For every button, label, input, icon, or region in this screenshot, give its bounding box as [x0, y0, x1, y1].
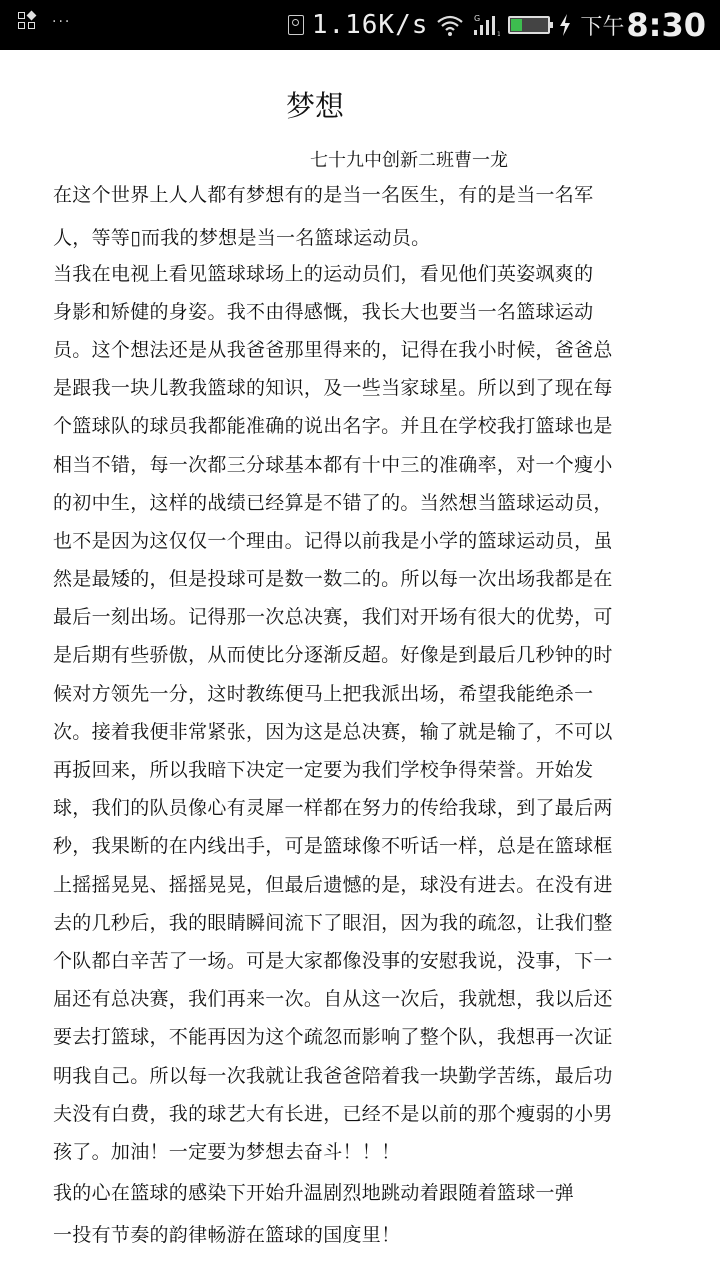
text-line: 个队都白辛苦了一场。可是大家都像没事的安慰我说，没事，下一 — [53, 946, 613, 973]
charging-icon — [558, 14, 572, 36]
text-line: 是跟我一块儿教我篮球的知识，及一些当家球星。所以到了现在每 — [53, 373, 613, 400]
status-left: ··· — [18, 12, 71, 32]
status-bar: ··· 1.16K/s G 1 下午 8:30 — [0, 0, 720, 50]
text-line: 上摇摇晃晃、摇摇晃晃，但最后遗憾的是，球没有进去。在没有进 — [53, 870, 613, 897]
text-line: 身影和矫健的身姿。我不由得感慨，我长大也要当一名篮球运动 — [53, 297, 593, 324]
text-line: 的初中生，这样的战绩已经算是不错了的。当然想当篮球运动员， — [53, 488, 613, 515]
text-line: 要去打篮球，不能再因为这个疏忽而影响了整个队，我想再一次证 — [53, 1022, 613, 1049]
clock: 8:30 — [626, 6, 706, 44]
cell-signal-icon: G 1 — [472, 13, 500, 37]
text-line: 最后一刻出场。记得那一次总决赛，我们对开场有很大的优势，可 — [53, 602, 613, 629]
text-line: 孩了。加油！一定要为梦想去奋斗！！！ — [53, 1137, 400, 1164]
text-line: 秒，我果断的在内线出手，可是篮球像不听话一样，总是在篮球框 — [53, 831, 613, 858]
text-line: 员。这个想法还是从我爸爸那里得来的，记得在我小时候，爸爸总 — [53, 335, 613, 362]
text-line: 明我自己。所以每一次我就让我爸爸陪着我一块勤学苦练，最后功 — [53, 1061, 613, 1088]
text-line: 当我在电视上看见篮球球场上的运动员们，看见他们英姿飒爽的 — [53, 259, 593, 286]
text-line: 是后期有些骄傲，从而使比分逐渐反超。好像是到最后几秒钟的时 — [53, 640, 613, 667]
apps-icon — [18, 12, 38, 32]
text-line: 届还有总决赛，我们再来一次。自从这一次后，我就想，我以后还 — [53, 984, 613, 1011]
text-line: 候对方领先一分，这时教练便马上把我派出场，希望我能绝杀一 — [53, 679, 593, 706]
battery-icon — [508, 16, 550, 34]
document-author: 七十九中创新二班曹一龙 — [310, 146, 508, 172]
text-line: 夫没有白费，我的球艺大有长进，已经不是以前的那个瘦弱的小男 — [53, 1099, 613, 1126]
clock-period: 下午 — [580, 10, 624, 41]
wifi-icon — [436, 13, 464, 37]
text-line: 球，我们的队员像心有灵犀一样都在努力的传给我球，到了最后两 — [53, 793, 613, 820]
lightbulb-icon — [288, 15, 304, 35]
text-line: 相当不错，每一次都三分球基本都有十中三的准确率，对一个瘦小 — [53, 450, 613, 477]
text-line: 也不是因为这仅仅一个理由。记得以前我是小学的篮球运动员，虽 — [53, 526, 613, 553]
text-line: 次。接着我便非常紧张，因为这是总决赛，输了就是输了，不可以 — [53, 717, 613, 744]
svg-text:1: 1 — [497, 31, 500, 37]
text-line: 去的几秒后，我的眼睛瞬间流下了眼泪，因为我的疏忽，让我们整 — [53, 908, 613, 935]
status-right: 1.16K/s G 1 下午 8:30 — [288, 0, 706, 50]
text-line: 在这个世界上人人都有梦想有的是当一名医生，有的是当一名军 — [53, 180, 593, 207]
text-line: 我的心在篮球的感染下开始升温剧烈地跳动着跟随着篮球一弹 — [53, 1178, 574, 1205]
signal-type: G — [474, 14, 480, 23]
text-line: 一投有节奏的韵律畅游在篮球的国度里！ — [53, 1220, 400, 1247]
text-line: 个篮球队的球员我都能准确的说出名字。并且在学校我打篮球也是 — [53, 411, 613, 438]
text-line: 再扳回来，所以我暗下决定一定要为我们学校争得荣誉。开始发 — [53, 755, 593, 782]
text-line: 然是最矮的，但是投球可是数一数二的。所以每一次出场我都是在 — [53, 564, 613, 591]
network-speed: 1.16K/s — [312, 10, 429, 40]
text-line: 人，等等▯而我的梦想是当一名篮球运动员。 — [53, 223, 430, 250]
more-notifications-icon: ··· — [52, 14, 71, 30]
document-title: 梦想 — [286, 84, 344, 125]
